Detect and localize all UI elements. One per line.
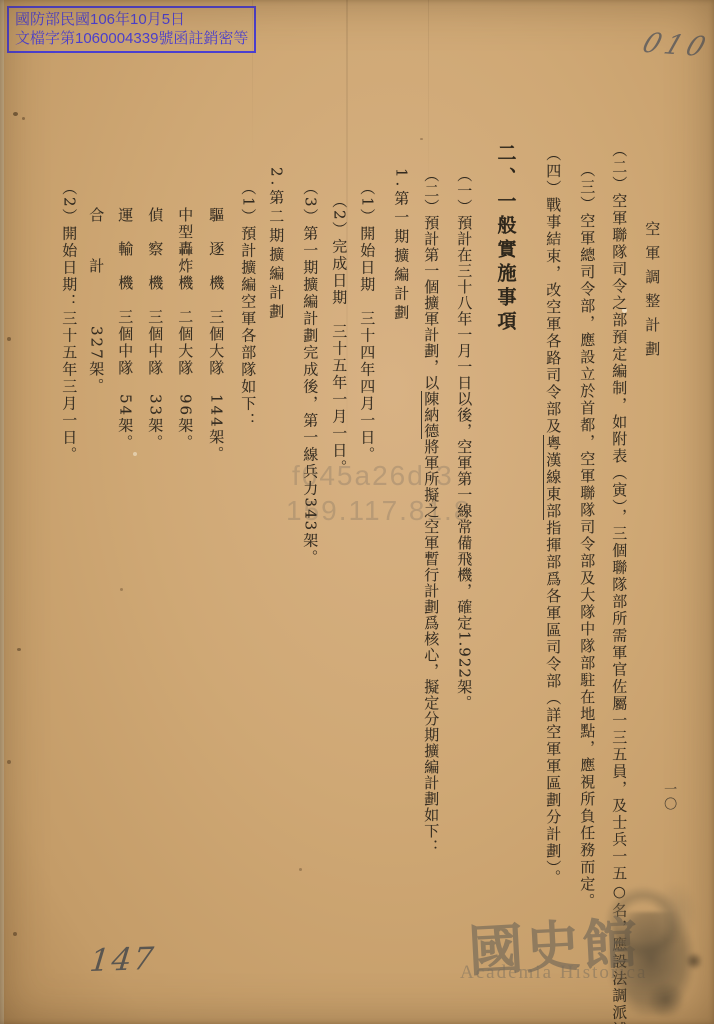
fleet-medium-bombers: 中型轟炸機 二個大隊 96架。 xyxy=(173,207,196,767)
section2-item-2-post: 將軍所擬之空軍暫行計劃爲核心，擬定分期擴編計劃如下： xyxy=(422,439,440,855)
stamp-line-1: 國防部民國106年10月5日 xyxy=(15,10,248,29)
fleet-total: 合 計 327架。 xyxy=(84,207,107,767)
fleet-reconnaissance: 偵 察 機 三個中隊 33架。 xyxy=(143,207,166,767)
section2-heading: 二、一般實施事項 xyxy=(490,143,519,543)
fleet-fighters: 驅 逐 機 三個大隊 144架。 xyxy=(204,207,227,767)
phase2-heading: 2.第二期擴編計劃 xyxy=(264,167,287,567)
document-title: 空軍調整計劃 xyxy=(640,221,663,621)
ink-blot-tail xyxy=(646,982,686,1018)
section1-item-2: （二）空軍聯隊司令之部預定編制，如附表（寅），三個聯隊部所需軍官佐屬一三五員，及… xyxy=(607,142,630,1020)
section1-item-4-post: 指揮部爲各軍區司令部（詳空軍軍區劃分計劃）。 xyxy=(544,520,562,887)
section1-item-3: （三）空軍總司令部，應設立於首都，空軍聯隊司令部及大隊中隊部駐在地點，應視所負任… xyxy=(575,162,598,1012)
scanned-document-page: 國防部民國106年10月5日 文檔字第1060004339號函註銷密等 010 … xyxy=(0,0,714,1024)
page-number: 一〇 xyxy=(658,782,678,862)
phase1-strength: （3）第一期擴編計劃完成後，第一線兵力343架。 xyxy=(298,180,321,800)
fleet-transports: 運 輸 機 三個中隊 54架。 xyxy=(113,207,136,767)
proper-noun-chennault: 陳納德 xyxy=(421,391,440,439)
ink-blot-smear xyxy=(652,882,698,942)
handwritten-page-code: 010 xyxy=(638,28,714,64)
handwritten-folio-number: 147 xyxy=(88,941,157,979)
section1-item-4: （四）戰事結束，改空軍各路司令部及粵漢線東部指揮部爲各軍區司令部（詳空軍軍區劃分… xyxy=(541,146,564,1006)
stamp-line-2: 文檔字第1060004339號函註銷密等 xyxy=(15,29,248,48)
scanner-edge xyxy=(0,0,4,1024)
academia-historica-seal-latin: Academia Historica xyxy=(460,962,647,984)
declassification-stamp: 國防部民國106年10月5日 文檔字第1060004339號函註銷密等 xyxy=(7,6,256,53)
phase2-intro: （1）預計擴編空軍各部隊如下： xyxy=(236,180,259,700)
section1-item-4-pre: （四）戰事結束，改空軍各路司令部及 xyxy=(544,146,562,435)
section2-item-1: （一）預計在三十八年一月一日以後，空軍第一線常備飛機，確定1.922架。 xyxy=(452,167,475,927)
section2-item-2-pre: （二）預計第一個擴軍計劃，以 xyxy=(422,167,440,391)
phase1-start-date: （1）開始日期 三十四年四月一日。 xyxy=(355,180,378,740)
phase1-heading: 1.第一期擴編計劃 xyxy=(389,168,412,568)
ink-blot-dot xyxy=(686,952,702,970)
phase1-finish-date: （2）完成日期 三十五年一月一日。 xyxy=(327,193,350,753)
section2-item-2: （二）預計第一個擴軍計劃，以陳納德將軍所擬之空軍暫行計劃爲核心，擬定分期擴編計劃… xyxy=(419,167,442,967)
phase2-start-date: （2）開始日期：三十五年三月一日。 xyxy=(57,180,80,740)
proper-noun-yuehan-line: 粵漢線東部 xyxy=(543,435,562,520)
